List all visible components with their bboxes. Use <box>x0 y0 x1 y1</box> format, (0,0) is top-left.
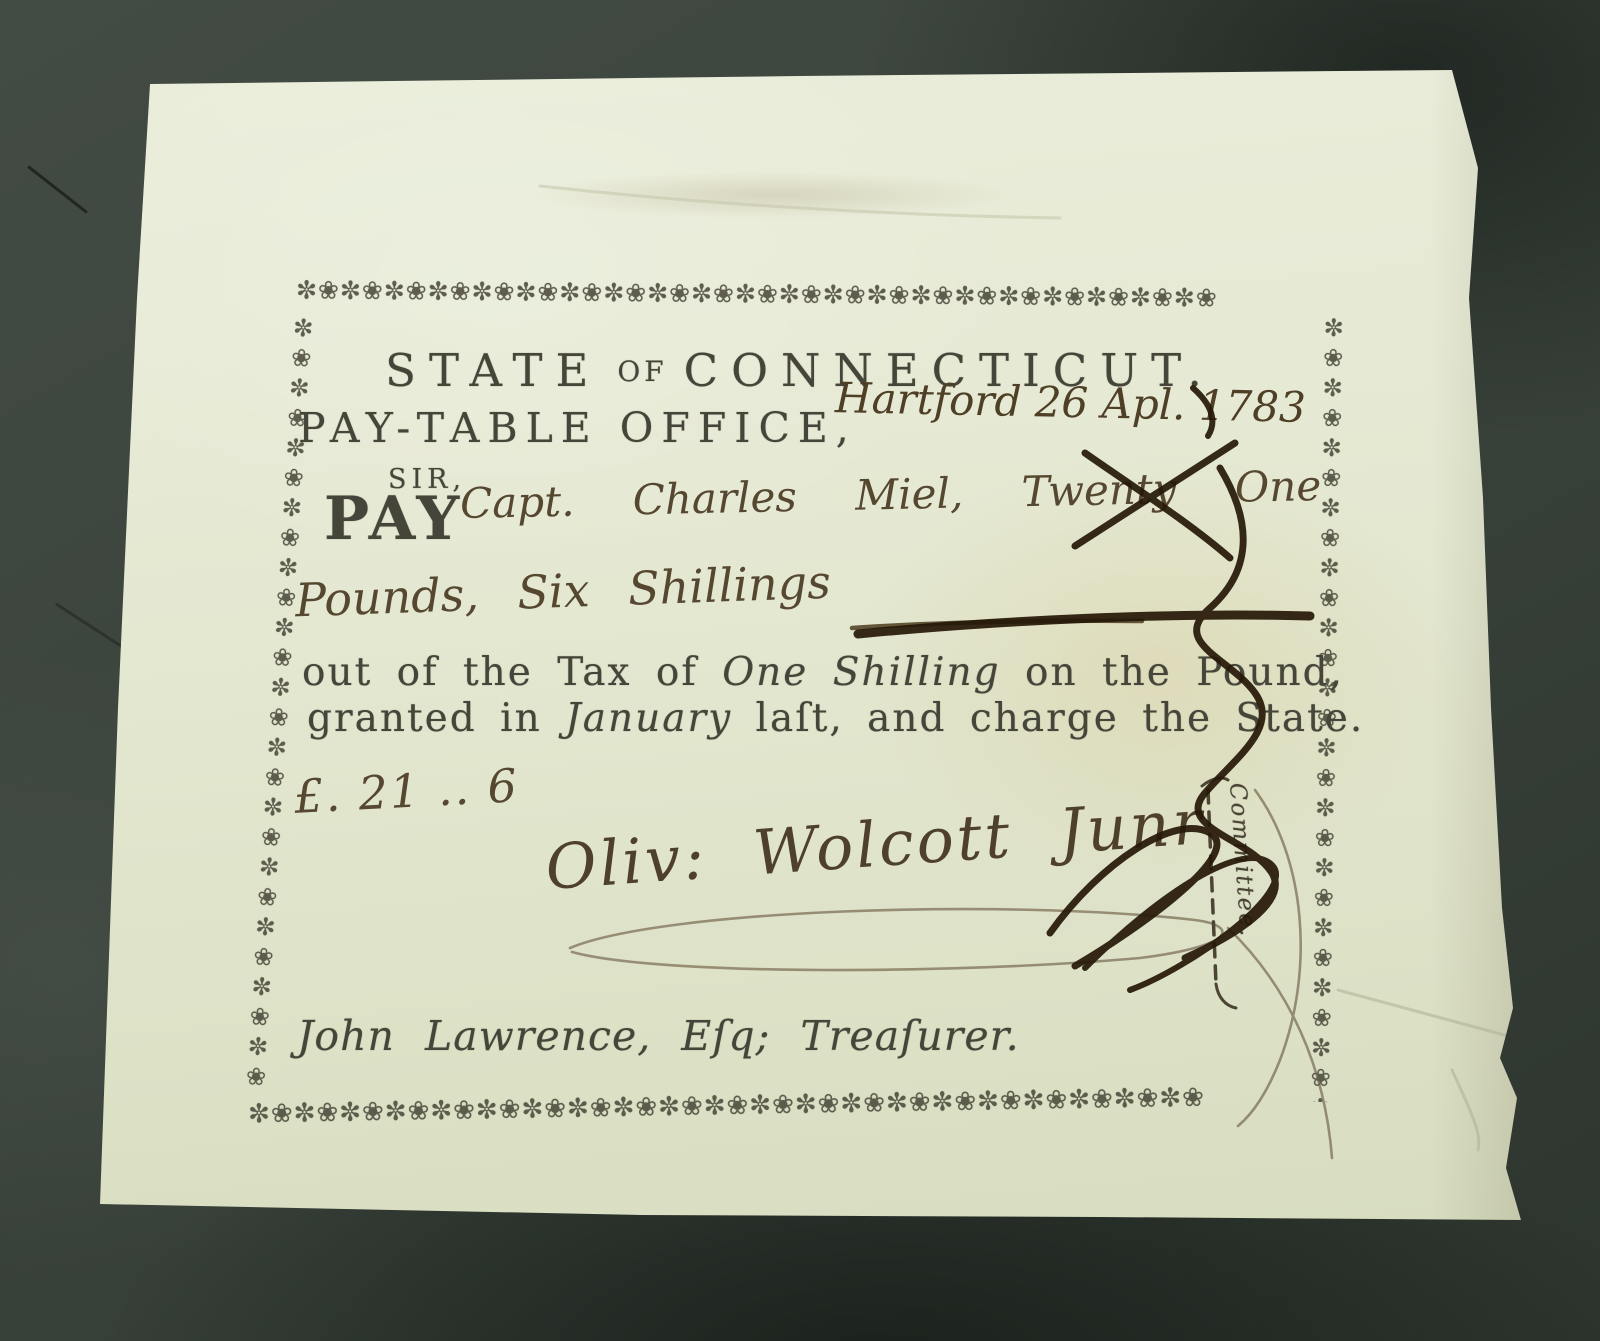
tax-line: out of the Tax of One Shilling on the Po… <box>302 650 1344 695</box>
tax-line-pre: out of the Tax of <box>302 650 722 695</box>
title-of: OF <box>617 355 667 388</box>
ornament-border-bottom-icon: ✼❀✼❀✼❀✼❀✼❀✼❀✼❀✼❀✼❀✼❀✼❀✼❀✼❀✼❀✼❀✼❀✼❀✼❀✼❀✼❀… <box>248 1080 1342 1129</box>
photo-stage: ✼❀✼❀✼❀✼❀✼❀✼❀✼❀✼❀✼❀✼❀✼❀✼❀✼❀✼❀✼❀✼❀✼❀✼❀✼❀✼❀… <box>0 0 1600 1341</box>
office-line: PAY-TABLE OFFICE, <box>298 404 857 452</box>
treasurer-line: John Lawrence, Eſq; Treaſurer. <box>297 1012 1020 1060</box>
committee-label: Committee. <box>1224 782 1261 939</box>
title-state: STATE <box>385 344 601 397</box>
wolcott-signature: Oliv: Wolcott Junr <box>543 785 1207 904</box>
handwritten-date: Hartford 26 Apl. 1783 <box>835 373 1307 432</box>
granted-line-pre: granted in <box>307 696 565 741</box>
handwritten-amount-figures: £. 21 .. 6 <box>293 758 520 824</box>
ornament-border-top-icon: ✼❀✼❀✼❀✼❀✼❀✼❀✼❀✼❀✼❀✼❀✼❀✼❀✼❀✼❀✼❀✼❀✼❀✼❀✼❀✼❀… <box>296 275 1340 313</box>
pay-word: PAY <box>324 484 463 554</box>
amount-fill-dash <box>852 621 1142 628</box>
tax-line-post: on the Pound, <box>1001 650 1344 695</box>
handwritten-amount-words: Pounds, Six Shillings <box>294 555 831 628</box>
granted-line: granted in January laſt, and charge the … <box>307 696 1364 741</box>
handwritten-payee: Capt. Charles Miel, Twenty One <box>460 461 1322 528</box>
tax-line-emphasis: One Shilling <box>722 650 1000 695</box>
granted-line-emphasis: January <box>565 696 732 741</box>
table-scratch <box>27 165 88 214</box>
document-paper: ✼❀✼❀✼❀✼❀✼❀✼❀✼❀✼❀✼❀✼❀✼❀✼❀✼❀✼❀✼❀✼❀✼❀✼❀✼❀✼❀… <box>100 68 1530 1223</box>
granted-line-post: laſt, and charge the State. <box>732 696 1364 741</box>
